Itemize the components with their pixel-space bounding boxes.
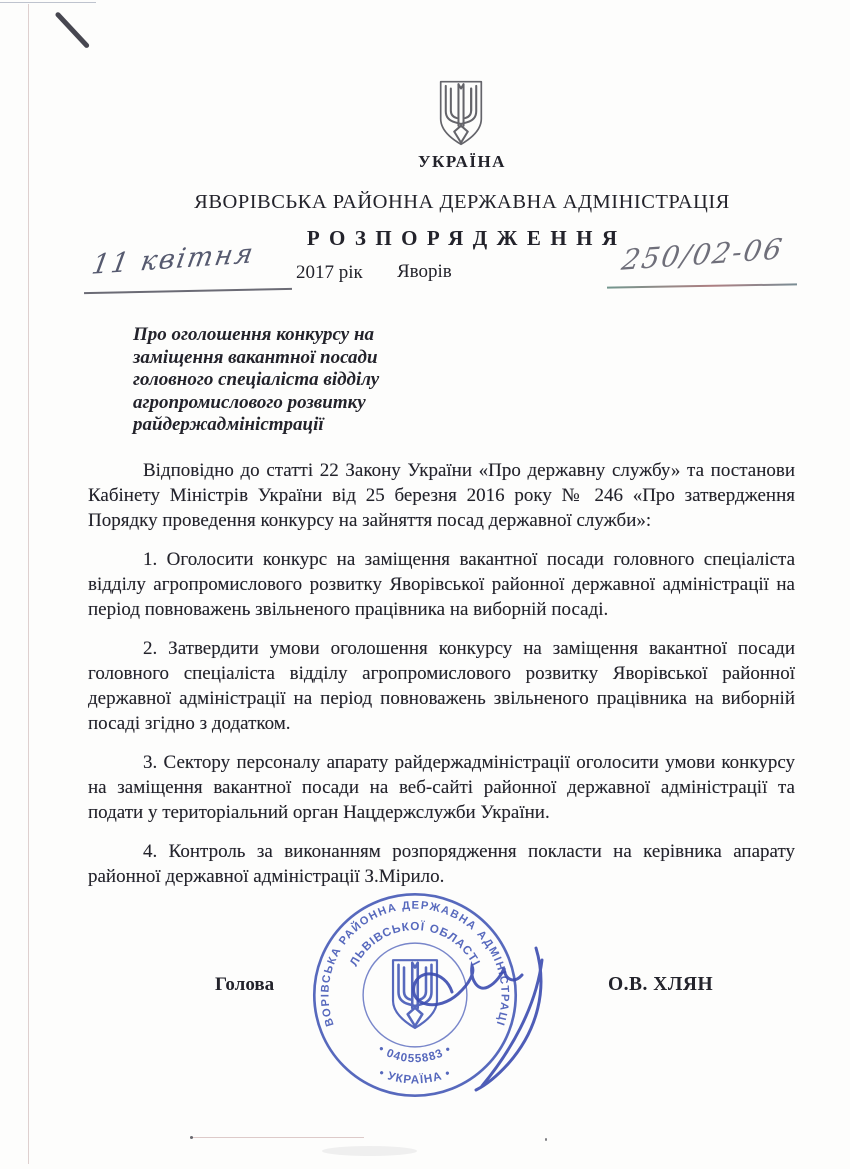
subject-line: головного спеціаліста відділу xyxy=(133,369,473,392)
year-label: 2017 рік xyxy=(296,262,363,284)
subject-line: заміщення вакантної посади xyxy=(133,347,473,370)
organization-title: ЯВОРІВСЬКА РАЙОННА ДЕРЖАВНА АДМІНІСТРАЦІ… xyxy=(37,191,850,214)
pen-mark-artifact xyxy=(54,11,90,49)
scan-edge-line-left xyxy=(28,4,29,1164)
signature-handwriting xyxy=(390,930,610,1100)
subject-block: Про оголошення конкурсу на заміщення вак… xyxy=(133,324,473,437)
scan-bottom-line xyxy=(192,1137,364,1138)
signer-name: О.В. ХЛЯН xyxy=(608,974,713,996)
signer-title: Голова xyxy=(215,974,274,996)
subject-line: Про оголошення конкурсу на xyxy=(133,324,473,347)
scan-dot xyxy=(190,1136,193,1139)
country-title: УКРАЇНА xyxy=(37,152,850,172)
scan-dot xyxy=(545,1138,547,1141)
document-body: Відповідно до статті 22 Закону України «… xyxy=(88,458,795,903)
order-item-3: 3. Сектору персоналу апарату райдержадмі… xyxy=(88,750,795,825)
subject-line: райдержадміністрації xyxy=(133,414,473,437)
date-underline xyxy=(84,288,292,294)
scan-smudge xyxy=(322,1146,417,1156)
scan-edge-line-top xyxy=(0,2,96,3)
intro-paragraph: Відповідно до статті 22 Закону України «… xyxy=(88,458,795,533)
order-item-2: 2. Затвердити умови оголошення конкурсу … xyxy=(88,636,795,736)
subject-line: агропромислового розвитку xyxy=(133,392,473,415)
ukraine-trident-emblem-icon xyxy=(435,80,487,146)
doc-number-underline xyxy=(607,283,797,288)
order-item-1: 1. Оголосити конкурс на заміщення вакант… xyxy=(88,547,795,622)
scanned-document-page: УКРАЇНА ЯВОРІВСЬКА РАЙОННА ДЕРЖАВНА АДМІ… xyxy=(0,0,850,1169)
place-label: Яворів xyxy=(397,261,452,283)
